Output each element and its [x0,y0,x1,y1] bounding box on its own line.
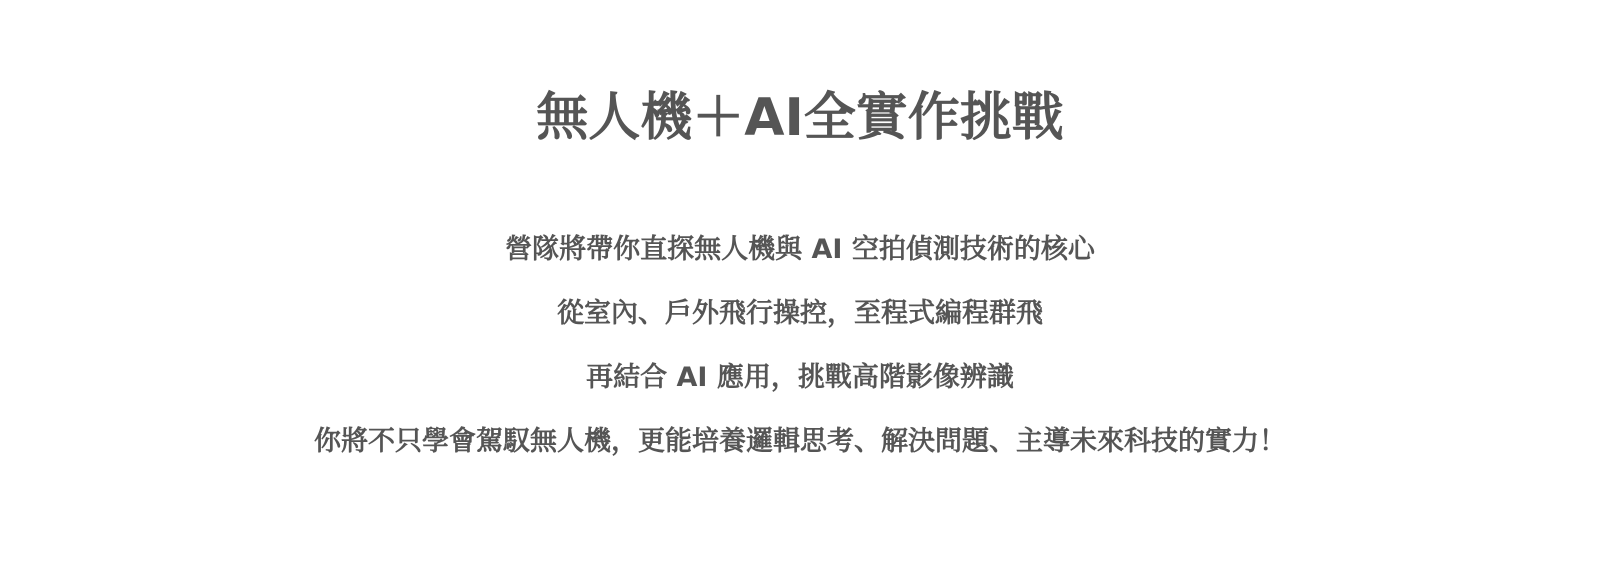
page-title: 無人機＋AI全實作挑戰 [0,86,1600,150]
page: 無人機＋AI全實作挑戰 營隊將帶你直探無人機與 AI 空拍偵測技術的核心 從室內… [0,0,1600,584]
description-line-3: 再結合 AI 應用，挑戰高階影像辨識 [0,360,1600,396]
description-line-4: 你將不只學會駕馭無人機，更能培養邏輯思考、解決問題、主導未來科技的實力！ [0,424,1600,460]
description-paragraph: 營隊將帶你直探無人機與 AI 空拍偵測技術的核心 從室內、戶外飛行操控，至程式編… [0,232,1600,488]
description-line-2: 從室內、戶外飛行操控，至程式編程群飛 [0,296,1600,332]
description-line-1: 營隊將帶你直探無人機與 AI 空拍偵測技術的核心 [0,232,1600,268]
